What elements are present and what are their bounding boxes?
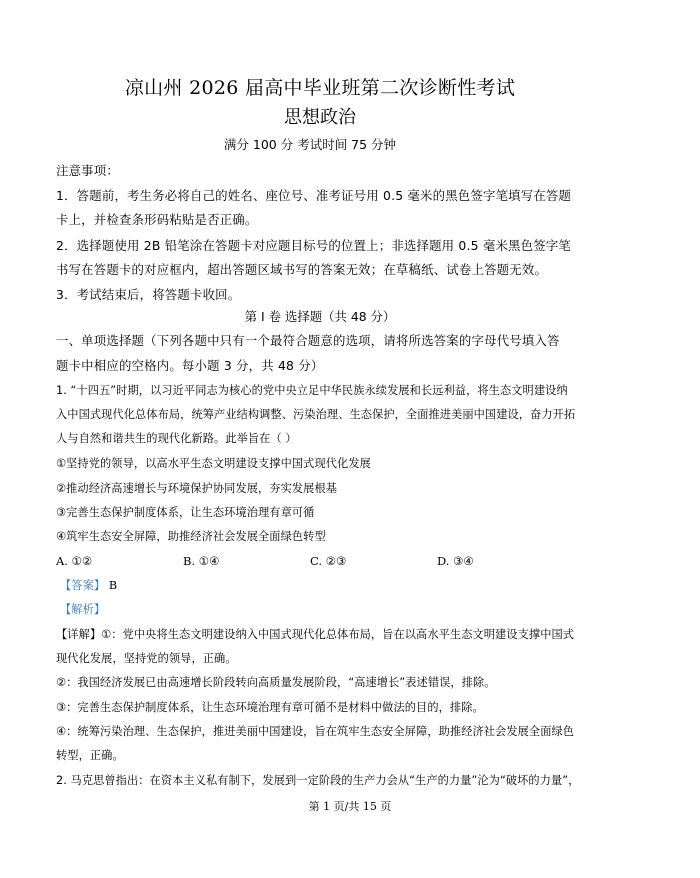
statement-item: ①坚持党的领导，以高水平生态文明建设支撑中国式现代化发展 bbox=[56, 456, 371, 472]
section-heading: 第 I 卷 选择题（共 48 分） bbox=[0, 309, 640, 325]
option-b: B. ①④ bbox=[183, 553, 219, 569]
question2-stem: 2. 马克思曾指出：在资本主义私有制下，发展到一定阶段的生产力会从“生产的力量”… bbox=[56, 773, 579, 789]
answer-value: B bbox=[109, 579, 117, 592]
explanation-line: 【详解】①：党中央将生态文明建设纳入中国式现代化总体布局，旨在以高水平生态文明建… bbox=[56, 627, 574, 643]
notes-heading: 注意事项： bbox=[56, 163, 119, 179]
question-stem: 人与自然和谐共生的现代化新路。此举旨在（ ） bbox=[56, 431, 297, 447]
explanation-line: ②：我国经济发展已由高速增长阶段转向高质量发展阶段，“高速增长”表述错误，排除。 bbox=[56, 675, 496, 691]
section-instruction: 题卡中相应的空格内。每小题 3 分，共 48 分） bbox=[56, 358, 323, 374]
notes-line: 卡上，并检查条形码粘贴是否正确。 bbox=[56, 212, 257, 228]
notes-line: 2．选择题使用 2B 铅笔涂在答题卡对应题目标号的位置上；非选择题用 0.5 毫… bbox=[56, 238, 571, 254]
statement-item: ④筑牢生态安全屏障，助推经济社会发展全面绿色转型 bbox=[56, 529, 326, 545]
answer-options: A. ①② B. ①④ C. ②③ D. ③④ bbox=[56, 553, 616, 569]
analysis-line: 【解析】 bbox=[60, 602, 105, 618]
exam-title: 凉山州 2026 届高中毕业班第二次诊断性考试 bbox=[0, 76, 640, 100]
option-a: A. ①② bbox=[56, 553, 92, 569]
option-d: D. ③④ bbox=[437, 553, 474, 569]
exam-page: 凉山州 2026 届高中毕业班第二次诊断性考试 思想政治 满分 100 分 考试… bbox=[0, 0, 700, 878]
explanation-line: ③：完善生态保护制度体系，让生态环境治理有章可循不是材料中做法的目的，排除。 bbox=[56, 700, 484, 716]
section-instruction: 一、单项选择题（下列各题中只有一个最符合题意的选项，请将所选答案的字母代号填入答 bbox=[56, 333, 560, 349]
page-indicator: 第 1 页/共 15 页 bbox=[0, 800, 700, 814]
option-c: C. ②③ bbox=[310, 553, 346, 569]
score-time-info: 满分 100 分 考试时间 75 分钟 bbox=[0, 137, 620, 153]
notes-line: 1．答题前，考生务必将自己的姓名、座位号、准考证号用 0.5 毫米的黑色签字笔填… bbox=[56, 188, 571, 204]
notes-line: 书写在答题卡的对应框内，超出答题区域书写的答案无效；在草稿纸、试卷上答题无效。 bbox=[56, 262, 547, 278]
answer-tag: 【答案】 bbox=[60, 579, 105, 592]
statement-item: ③完善生态保护制度体系，让生态环境治理有章可循 bbox=[56, 505, 314, 521]
notes-line: 3．考试结束后，将答题卡收回。 bbox=[56, 287, 240, 303]
question-stem: 入中国式现代化总体布局，统筹产业结构调整、污染治理、生态保护，全面推进美丽中国建… bbox=[56, 407, 575, 423]
statement-item: ②推动经济高速增长与环境保护协同发展，夯实发展根基 bbox=[56, 481, 337, 497]
analysis-tag: 【解析】 bbox=[60, 603, 105, 616]
explanation-line: ④：统筹污染治理、生态保护，推进美丽中国建设，旨在筑牢生态安全屏障，助推经济社会… bbox=[56, 724, 574, 740]
answer-line: 【答案】 B bbox=[60, 578, 117, 594]
explanation-line: 现代化发展，坚持党的领导，正确。 bbox=[56, 651, 237, 667]
question-stem: 1. “十四五”时期，以习近平同志为核心的党中央立足中华民族永续发展和长远利益，… bbox=[56, 383, 568, 399]
exam-subject: 思想政治 bbox=[0, 106, 640, 130]
explanation-line: 转型，正确。 bbox=[56, 748, 124, 764]
